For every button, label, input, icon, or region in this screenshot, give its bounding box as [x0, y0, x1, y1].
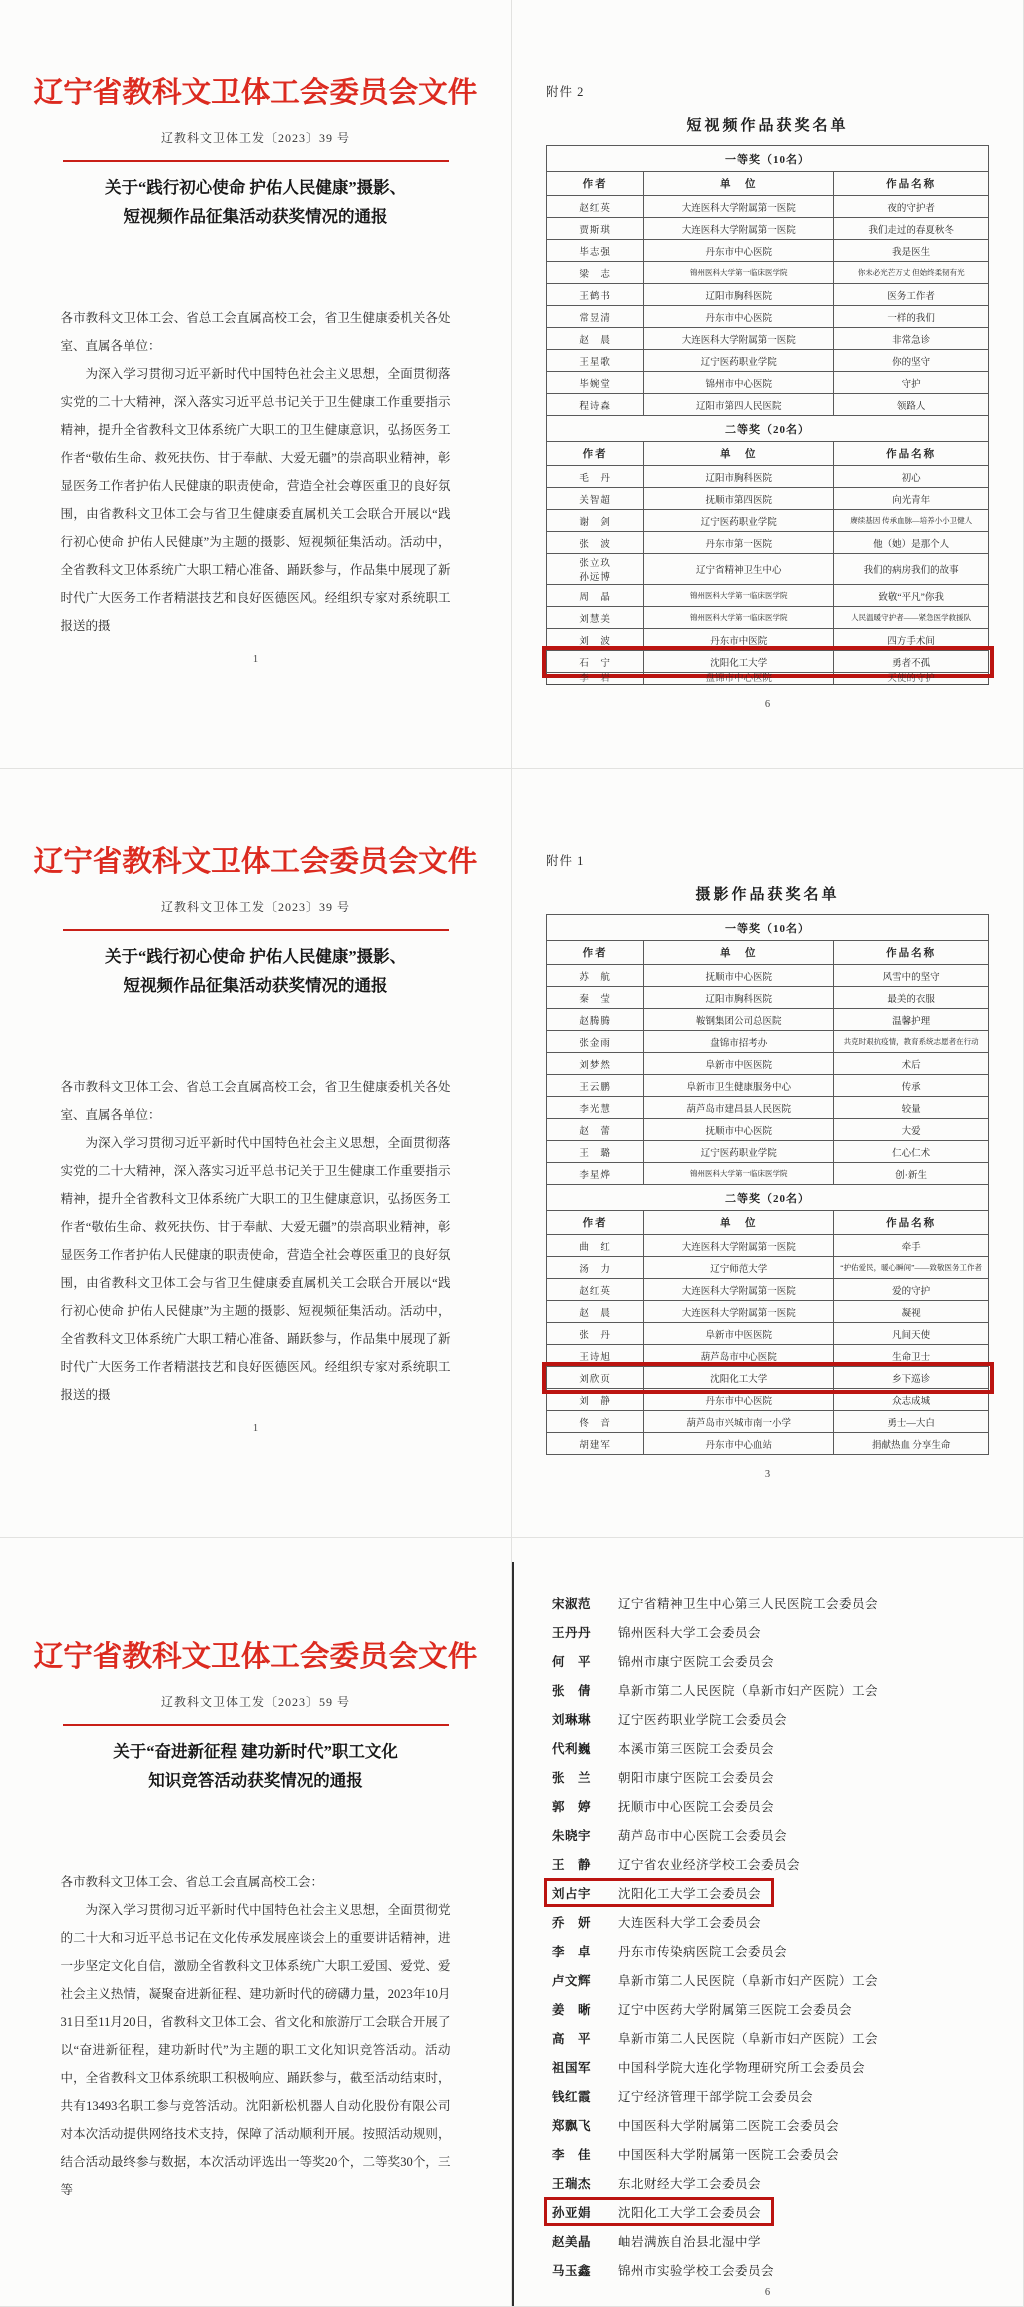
second-prize-header-row: 二等奖（20名） — [547, 416, 989, 442]
winner-name: 卢文辉 — [552, 1971, 604, 1989]
table-row: 程诗森 辽阳市第四人民医院 领路人 — [547, 394, 989, 416]
winner-name: 刘占宇 — [552, 1884, 604, 1902]
attachment-1-photo-awards: 附件 1 摄影作品获奖名单 一等奖（10名） 作者 单 位 作品名称 苏 航 抚… — [512, 769, 1024, 1538]
table-row: 曲 红 大连医科大学附属第一医院 牵手 — [547, 1235, 989, 1257]
winner-unit: 阜新市第二人民医院（阜新市妇产医院）工会 — [618, 1971, 878, 1989]
list-item: 王丹丹 锦州医科大学工会委员会 — [552, 1617, 761, 1646]
winner-unit: 锦州医科大学工会委员会 — [618, 1623, 761, 1641]
winner-unit: 中国科学院大连化学物理研究所工会委员会 — [618, 2058, 865, 2076]
table-row: 王星歌 辽宁医药职业学院 你的坚守 — [547, 350, 989, 372]
salutation: 各市教科文卫体工会、省总工会直属高校工会，省卫生健康委机关各处室、直属各单位： — [61, 1073, 451, 1129]
winner-name: 王瑞杰 — [552, 2174, 604, 2192]
table-row: 刘 静 丹东市中心医院 众志成城 — [547, 1389, 989, 1411]
table-row: 贾斯琪 大连医科大学附属第一医院 我们走过的春夏秋冬 — [547, 218, 989, 240]
table-row: 秦 莹 辽阳市胸科医院 最美的衣服 — [547, 987, 989, 1009]
winner-name: 高 平 — [552, 2029, 604, 2047]
winner-unit: 辽宁省农业经济学校工会委员会 — [618, 1855, 800, 1873]
winner-unit: 本溪市第三医院工会委员会 — [618, 1739, 774, 1757]
list-item: 孙亚娟 沈阳化工大学工会委员会 — [544, 2197, 774, 2226]
table-row: 胡建军 丹东市中心血站 捐献热血 分享生命 — [547, 1433, 989, 1455]
winner-name: 何 平 — [552, 1652, 604, 1670]
table-row: 常昱清 丹东市中心医院 一样的我们 — [547, 306, 989, 328]
winner-name: 王丹丹 — [552, 1623, 604, 1641]
winner-name: 孙亚娟 — [552, 2203, 604, 2221]
list-item: 乔 妍 大连医科大学工会委员会 — [552, 1907, 761, 1936]
winner-unit: 岫岩满族自治县北湿中学 — [618, 2232, 761, 2250]
table-row: 王诗旭 葫芦岛市中心医院 生命卫士 — [547, 1345, 989, 1367]
table-row: 汤 力 辽宁师范大学 “护佑爱民，暖心瞬间”——致敬医务工作者 — [547, 1257, 989, 1279]
table-row: 赵红英 大连医科大学附属第一医院 夜的守护者 — [547, 196, 989, 218]
table-row: 李 岩 盘锦市中心医院 天使的守护 — [547, 673, 989, 685]
video-awards-table: 一等奖（10名） 作者 单 位 作品名称 赵红英 大连医科大学附属第一医院 夜的… — [546, 145, 989, 685]
winner-unit: 朝阳市康宁医院工会委员会 — [618, 1768, 774, 1786]
second-prize-rows: 毛 丹 辽阳市胸科医院 初心 关智超 抚顺市第四医院 向光青年 谢 剑 辽宁医药… — [547, 466, 989, 685]
attachment-title: 摄影作品获奖名单 — [546, 883, 989, 904]
document-body: 为深入学习贯彻习近平新时代中国特色社会主义思想，全面贯彻党的二十大和习近平总书记… — [61, 1896, 451, 2204]
knowledge-quiz-winner-list: 宋淑范 辽宁省精神卫生中心第三人民医院工会委员会 王丹丹 锦州医科大学工会委员会… — [512, 1538, 1024, 2307]
table-row: 王 璐 辽宁医药职业学院 仁心仁术 — [547, 1141, 989, 1163]
attachment-title: 短视频作品获奖名单 — [546, 114, 989, 135]
list-item: 张 兰 朝阳市康宁医院工会委员会 — [552, 1762, 774, 1791]
table-row: 谢 剑 辽宁医药职业学院 赓续基因 传承血脉—培养小小卫健人 — [547, 510, 989, 532]
winner-name: 姜 晰 — [552, 2000, 604, 2018]
table-row: 苏 航 抚顺市中心医院 风雪中的坚守 — [547, 965, 989, 987]
table-row: 刘慧美 锦州医科大学第一临床医学院 人民温暖守护者——紧急医学救援队 — [547, 607, 989, 629]
winner-unit: 阜新市第二人民医院（阜新市妇产医院）工会 — [618, 2029, 878, 2047]
list-item: 李 佳 中国医科大学附属第一医院工会委员会 — [552, 2139, 839, 2168]
list-item: 宋淑范 辽宁省精神卫生中心第三人民医院工会委员会 — [552, 1588, 878, 1617]
col-unit: 单 位 — [644, 172, 834, 196]
page-number: 1 — [0, 654, 511, 665]
table-row: 张 波 丹东市第一医院 他（她）是那个人 — [547, 532, 989, 554]
winner-name: 李 佳 — [552, 2145, 604, 2163]
document-subject: 关于“践行初心使命 护佑人民健康”摄影、 短视频作品征集活动获奖情况的通报 — [0, 943, 511, 1001]
page-number: 1 — [0, 1423, 511, 1434]
union-document-39-page-b: 辽宁省教科文卫体工会委员会文件 辽教科文卫体工发〔2023〕39 号 关于“践行… — [0, 769, 512, 1538]
list-item: 张 倩 阜新市第二人民医院（阜新市妇产医院）工会 — [552, 1675, 878, 1704]
winner-name: 马玉鑫 — [552, 2261, 604, 2279]
list-item: 姜 晰 辽宁中医药大学附属第三医院工会委员会 — [552, 1994, 852, 2023]
list-item: 王 静 辽宁省农业经济学校工会委员会 — [552, 1849, 800, 1878]
winner-name: 朱晓宇 — [552, 1826, 604, 1844]
winner-name: 张 兰 — [552, 1768, 604, 1786]
table-row: 佟 音 葫芦岛市兴城市南一小学 勇士—大白 — [547, 1411, 989, 1433]
winner-unit: 辽宁省精神卫生中心第三人民医院工会委员会 — [618, 1594, 878, 1612]
document-number: 辽教科文卫体工发〔2023〕39 号 — [0, 129, 511, 146]
winner-name: 赵美晶 — [552, 2232, 604, 2250]
table-row: 李光慧 葫芦岛市建昌县人民医院 较量 — [547, 1097, 989, 1119]
red-divider — [63, 929, 449, 931]
org-title: 辽宁省教科文卫体工会委员会文件 — [0, 70, 512, 111]
first-prize-header-row: 一等奖（10名） — [547, 915, 989, 941]
table-row: 赵 晨 大连医科大学附属第一医院 非常急诊 — [547, 328, 989, 350]
list-item: 刘琳琳 辽宁医药职业学院工会委员会 — [552, 1704, 787, 1733]
first-prize-rows: 苏 航 抚顺市中心医院 风雪中的坚守 秦 莹 辽阳市胸科医院 最美的衣服 赵腾腾… — [547, 965, 989, 1185]
winner-unit: 丹东市传染病医院工会委员会 — [618, 1942, 787, 1960]
winner-unit: 大连医科大学工会委员会 — [618, 1913, 761, 1931]
page-number: 6 — [546, 699, 989, 710]
winner-unit: 抚顺市中心医院工会委员会 — [618, 1797, 774, 1815]
org-title: 辽宁省教科文卫体工会委员会文件 — [0, 839, 512, 880]
winner-name: 郑飘飞 — [552, 2116, 604, 2134]
column-header-row: 作者 单 位 作品名称 — [547, 941, 989, 965]
winner-entries: 宋淑范 辽宁省精神卫生中心第三人民医院工会委员会 王丹丹 锦州医科大学工会委员会… — [552, 1588, 1023, 2284]
table-row: 石 宁 沈阳化工大学 勇者不孤 — [547, 651, 989, 673]
winner-name: 刘琳琳 — [552, 1710, 604, 1728]
table-row: 赵腾腾 鞍钢集团公司总医院 温馨护理 — [547, 1009, 989, 1031]
union-document-59-page: 辽宁省教科文卫体工会委员会文件 辽教科文卫体工发〔2023〕59 号 关于“奋进… — [0, 1538, 512, 2307]
list-item: 祖国军 中国科学院大连化学物理研究所工会委员会 — [552, 2052, 865, 2081]
table-row: 赵 蕾 抚顺市中心医院 大爱 — [547, 1119, 989, 1141]
photo-awards-table: 一等奖（10名） 作者 单 位 作品名称 苏 航 抚顺市中心医院 风雪中的坚守 — [546, 914, 989, 1455]
document-subject: 关于“践行初心使命 护佑人民健康”摄影、 短视频作品征集活动获奖情况的通报 — [0, 174, 511, 232]
list-item: 李 卓 丹东市传染病医院工会委员会 — [552, 1936, 787, 1965]
winner-name: 代利巍 — [552, 1739, 604, 1757]
list-item: 王瑞杰 东北财经大学工会委员会 — [552, 2168, 761, 2197]
winner-unit: 葫芦岛市中心医院工会委员会 — [618, 1826, 787, 1844]
second-prize-rows: 曲 红 大连医科大学附属第一医院 牵手 汤 力 辽宁师范大学 “护佑爱民，暖心瞬… — [547, 1235, 989, 1455]
list-item: 朱晓宇 葫芦岛市中心医院工会委员会 — [552, 1820, 787, 1849]
list-item: 郭 婷 抚顺市中心医院工会委员会 — [552, 1791, 774, 1820]
table-row: 李星烨 锦州医科大学第一临床医学院 创·新生 — [547, 1163, 989, 1185]
document-subject: 关于“奋进新征程 建功新时代”职工文化 知识竞答活动获奖情况的通报 — [0, 1738, 511, 1796]
winner-name: 李 卓 — [552, 1942, 604, 1960]
second-prize-header-row: 二等奖（20名） — [547, 1185, 989, 1211]
winner-name: 王 静 — [552, 1855, 604, 1873]
list-item: 卢文辉 阜新市第二人民医院（阜新市妇产医院）工会 — [552, 1965, 878, 1994]
winner-name: 宋淑范 — [552, 1594, 604, 1612]
winner-unit: 辽宁经济管理干部学院工会委员会 — [618, 2087, 813, 2105]
column-header-row: 作者 单 位 作品名称 — [547, 442, 989, 466]
document-body: 为深入学习贯彻习近平新时代中国特色社会主义思想，全面贯彻落实党的二十大精神，深入… — [61, 1129, 451, 1409]
winner-name: 郭 婷 — [552, 1797, 604, 1815]
first-prize-rows: 赵红英 大连医科大学附属第一医院 夜的守护者 贾斯琪 大连医科大学附属第一医院 … — [547, 196, 989, 416]
table-row: 王云鹏 阜新市卫生健康服务中心 传承 — [547, 1075, 989, 1097]
winner-unit: 阜新市第二人民医院（阜新市妇产医院）工会 — [618, 1681, 878, 1699]
red-divider — [63, 1724, 449, 1726]
col-author: 作者 — [547, 172, 644, 196]
table-row: 张金雨 盘锦市招考办 共克时艰抗疫情，教育系统志愿者在行动 — [547, 1031, 989, 1053]
document-number: 辽教科文卫体工发〔2023〕59 号 — [0, 1693, 511, 1710]
table-row: 周 晶 锦州医科大学第一临床医学院 致敬“平凡”你我 — [547, 585, 989, 607]
table-row: 刘欣页 沈阳化工大学 乡下巡诊 — [547, 1367, 989, 1389]
document-body: 为深入学习贯彻习近平新时代中国特色社会主义思想，全面贯彻落实党的二十大精神，深入… — [61, 360, 451, 640]
winner-name: 张 倩 — [552, 1681, 604, 1699]
column-header-row: 作者 单 位 作品名称 — [547, 1211, 989, 1235]
list-item: 马玉鑫 锦州市实验学校工会委员会 — [552, 2255, 774, 2284]
table-row: 毕志强 丹东市中心医院 我是医生 — [547, 240, 989, 262]
list-item: 高 平 阜新市第二人民医院（阜新市妇产医院）工会 — [552, 2023, 878, 2052]
winner-unit: 沈阳化工大学工会委员会 — [618, 1884, 761, 1902]
col-title: 作品名称 — [834, 172, 989, 196]
red-divider — [63, 160, 449, 162]
table-row: 毛 丹 辽阳市胸科医院 初心 — [547, 466, 989, 488]
table-row: 刘 波 丹东市中医院 四方手术间 — [547, 629, 989, 651]
table-row: 刘梦然 阜新市中医医院 术后 — [547, 1053, 989, 1075]
attachment-2-video-awards: 附件 2 短视频作品获奖名单 一等奖（10名） 作者 单 位 作品名称 赵红英 … — [512, 0, 1024, 769]
winner-name: 祖国军 — [552, 2058, 604, 2076]
table-row: 王鹤书 辽阳市胸科医院 医务工作者 — [547, 284, 989, 306]
table-row: 梁 志 锦州医科大学第一临床医学院 你未必光芒万丈 但始终柔韧有光 — [547, 262, 989, 284]
table-row: 毕婉堂 锦州市中心医院 守护 — [547, 372, 989, 394]
first-prize-header-row: 一等奖（10名） — [547, 146, 989, 172]
table-row: 张 丹 阜新市中医医院 凡间天使 — [547, 1323, 989, 1345]
table-row: 关智超 抚顺市第四医院 向光青年 — [547, 488, 989, 510]
winner-unit: 辽宁中医药大学附属第三医院工会委员会 — [618, 2000, 852, 2018]
table-row: 赵 晨 大连医科大学附属第一医院 凝视 — [547, 1301, 989, 1323]
column-header-row: 作者 单 位 作品名称 — [547, 172, 989, 196]
page-number: 3 — [546, 1469, 989, 1480]
union-document-39-page-a: 辽宁省教科文卫体工会委员会文件 辽教科文卫体工发〔2023〕39 号 关于“践行… — [0, 0, 512, 769]
winner-unit: 锦州市实验学校工会委员会 — [618, 2261, 774, 2279]
list-item: 钱红霞 辽宁经济管理干部学院工会委员会 — [552, 2081, 813, 2110]
winner-unit: 东北财经大学工会委员会 — [618, 2174, 761, 2192]
table-row: 赵红英 大连医科大学附属第一医院 爱的守护 — [547, 1279, 989, 1301]
winner-unit: 锦州市康宁医院工会委员会 — [618, 1652, 774, 1670]
winner-unit: 中国医科大学附属第二医院工会委员会 — [618, 2116, 839, 2134]
org-title: 辽宁省教科文卫体工会委员会文件 — [0, 1634, 512, 1675]
list-item: 何 平 锦州市康宁医院工会委员会 — [552, 1646, 774, 1675]
document-collage: 辽宁省教科文卫体工会委员会文件 辽教科文卫体工发〔2023〕39 号 关于“践行… — [0, 0, 1024, 2307]
salutation: 各市教科文卫体工会、省总工会直属高校工会： — [61, 1868, 451, 1896]
list-item: 郑飘飞 中国医科大学附属第二医院工会委员会 — [552, 2110, 839, 2139]
attachment-label: 附件 1 — [546, 851, 989, 869]
attachment-label: 附件 2 — [546, 82, 989, 100]
winner-unit: 沈阳化工大学工会委员会 — [618, 2203, 761, 2221]
list-item: 赵美晶 岫岩满族自治县北湿中学 — [552, 2226, 761, 2255]
list-item: 刘占宇 沈阳化工大学工会委员会 — [544, 1878, 774, 1907]
document-number: 辽教科文卫体工发〔2023〕39 号 — [0, 898, 511, 915]
winner-name: 钱红霞 — [552, 2087, 604, 2105]
table-row: 张立玖 孙远博 辽宁省精神卫生中心 我们的病房我们的故事 — [547, 554, 989, 585]
winner-unit: 辽宁医药职业学院工会委员会 — [618, 1710, 787, 1728]
page-number: 6 — [512, 2287, 1023, 2298]
list-item: 代利巍 本溪市第三医院工会委员会 — [552, 1733, 774, 1762]
salutation: 各市教科文卫体工会、省总工会直属高校工会，省卫生健康委机关各处室、直属各单位： — [61, 304, 451, 360]
winner-unit: 中国医科大学附属第一医院工会委员会 — [618, 2145, 839, 2163]
winner-name: 乔 妍 — [552, 1913, 604, 1931]
